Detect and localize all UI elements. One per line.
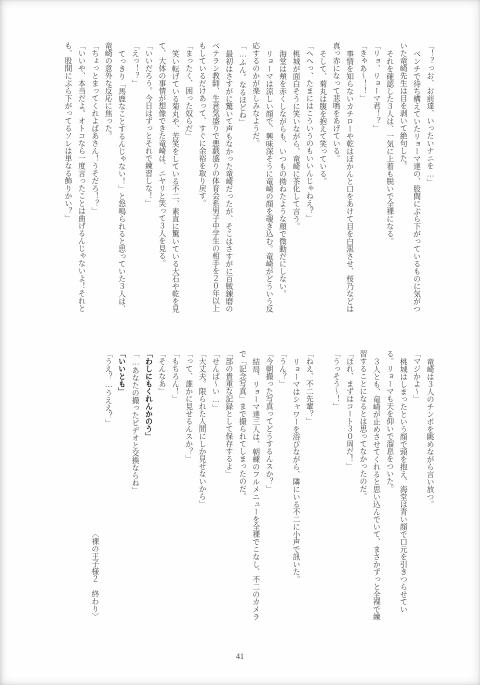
text-line: も、股間にぶら下がってるソレは単なる飾りかい？」 xyxy=(62,42,75,320)
text-line: 習することになるとは思ってなかったのだ。 xyxy=(357,350,370,622)
text-line: いた竜崎先生は目を剥いて絶句した。 xyxy=(397,42,410,320)
text-line: もしているだけあって、すぐに余裕を取り戻す。 xyxy=(196,42,209,320)
text-line: 「ねえ、不二先輩？」 xyxy=(303,350,316,622)
text-line: 「！？っお、お前達、いったいナニを…」 xyxy=(424,42,437,320)
text-line: 「せんぱ〜い…」 xyxy=(209,350,222,622)
text-line: 「マジかよ〜」 xyxy=(410,350,423,622)
text-line: 「うえ？…うええ？」 xyxy=(102,350,115,622)
text-line: 真っ赤になって悲鳴をあげている。 xyxy=(330,42,343,320)
text-line: 「って、誰かに見せるんスか？」 xyxy=(182,350,195,622)
text-band-upper: 「！？っお、お前達、いったいナニを…」ベンチで待ち構えていたリョーマ達の、股間に… xyxy=(62,42,437,320)
text-line: リョーマは涼しい顔で、興味深そうに竜崎の顔を覗き込む。竜崎がどういう反 xyxy=(263,42,276,320)
text-line: それを確認した３人は、一気に上着も脱いで全裸になる。 xyxy=(383,42,396,320)
text-line: リョーマはシャワーを浴びながら、隣にいる不二に小声で訊いた。 xyxy=(290,350,303,622)
text-line: 桃城が面白そうに笑いながら、竜崎に茶化して言う。 xyxy=(290,42,303,320)
text-line: 「…ふん。なるほどね」 xyxy=(236,42,249,320)
text-line: 「リョ、リョーマ君！？」 xyxy=(370,42,383,320)
text-line: 「うっそう〜！」 xyxy=(330,350,343,622)
text-line: 「いいだろう。今日はずっとそれで練習しな！」 xyxy=(142,42,155,320)
text-line: 「へへっ、たまにはこういうのもいいんじゃねえ？」 xyxy=(303,42,316,320)
text-line: 「今朝撮った写真ってどうするんスか？」 xyxy=(263,350,276,622)
text-line: 「えっ！？」 xyxy=(129,42,142,320)
text-line: 最初はさすがに驚いて声もなかった竜崎だったが、そこはさすがに百戦錬磨の xyxy=(223,42,236,320)
text-line: 「いいや、本当だよ。オトコなら一度言ったことは曲げるんじゃないよ！それと xyxy=(75,42,88,320)
text-line: ベテラン教師、生意気盛りで悪戯盛りの体育会系男子中学生の相手を２０年以上 xyxy=(209,42,222,320)
text-line: 竜崎の意外な反応に焦った。 xyxy=(102,42,115,320)
text-line: 「いいとも」 xyxy=(115,350,128,622)
text-line: 「ほれ、まずはコート３０周だ！」 xyxy=(343,350,356,622)
text-line: 事情を知らないカチローや乾はぽかんと口をあけて目を白黒させ、桜乃などは xyxy=(343,42,356,320)
text-line: 「…あなたの撮ったビデオと交換ならね」 xyxy=(129,350,142,622)
text-line: 「もちろん！」 xyxy=(169,350,182,622)
text-line: 「うん？」 xyxy=(276,350,289,622)
text-line: 「わしにもくれんかのう」 xyxy=(142,350,155,622)
end-note: 〈裸の王子様２ 終わり〉 xyxy=(88,350,101,622)
text-line: ３人とも、竜崎が止めさせてくれると思い込んでいて、まさかずっと全裸で練 xyxy=(370,350,383,622)
text-line: 「ちょっとまってくれよばあさん！うそだろ！？」 xyxy=(88,42,101,320)
text-line: そして、菊丸は腹を抱えて笑っている。 xyxy=(316,42,329,320)
text-line: 笑い転げている菊丸や、苦笑をしている不二、素直に驚いている大石や乾を見 xyxy=(169,42,182,320)
text-line: 「きゃあ〜！！」 xyxy=(357,42,370,320)
text-line: ベンチで待ち構えていたリョーマ達の、股間にぶら下がっているものに気がつ xyxy=(410,42,423,320)
text-line: 海堂は頬を赤くしながらも、いつもの拗ねたような顔で微動だにしない。 xyxy=(276,42,289,320)
text-line: 「まったく、困った奴らだ」 xyxy=(182,42,195,320)
text-line: 応するのかが楽しみなようだ。 xyxy=(249,42,262,320)
text-line: る。リョーマも天を仰いで溜息をついた。 xyxy=(383,350,396,622)
text-band-lower: 竜崎は３人のチンポを眺めながら言い放つ。「マジかよ〜」桃城はしまったという顔で頭… xyxy=(88,350,437,622)
text-line: 竜崎は３人のチンポを眺めながら言い放つ。 xyxy=(424,350,437,622)
text-line: 結局、リョーマ達三人は、朝練のフルメニューを全裸でこなし、不二のカメラ xyxy=(249,350,262,622)
text-line: で「記念写真」まで撮られてしまったのだ。 xyxy=(236,350,249,622)
text-line: 桃城はしまったという顔で頭を抱え、海堂は青い顔で口元を引きつらせてい xyxy=(397,350,410,622)
text-line: 「部の貴重な記録として保存するよ」 xyxy=(223,350,236,622)
manuscript-page: 「！？っお、お前達、いったいナニを…」ベンチで待ち構えていたリョーマ達の、股間に… xyxy=(0,0,480,685)
page-number: 41 xyxy=(0,652,480,661)
text-line: 「大丈夫。限られた人間にしか見せないから」 xyxy=(196,350,209,622)
text-line: 「そんなあ」 xyxy=(155,350,168,622)
text-line: てっきり「馬鹿なことするんじゃない！」と怒鳴られると思っていた３人は、 xyxy=(115,42,128,320)
text-line: て、大体の事情が想像できた竜崎は、ニヤリと笑って３人を見る。 xyxy=(155,42,168,320)
